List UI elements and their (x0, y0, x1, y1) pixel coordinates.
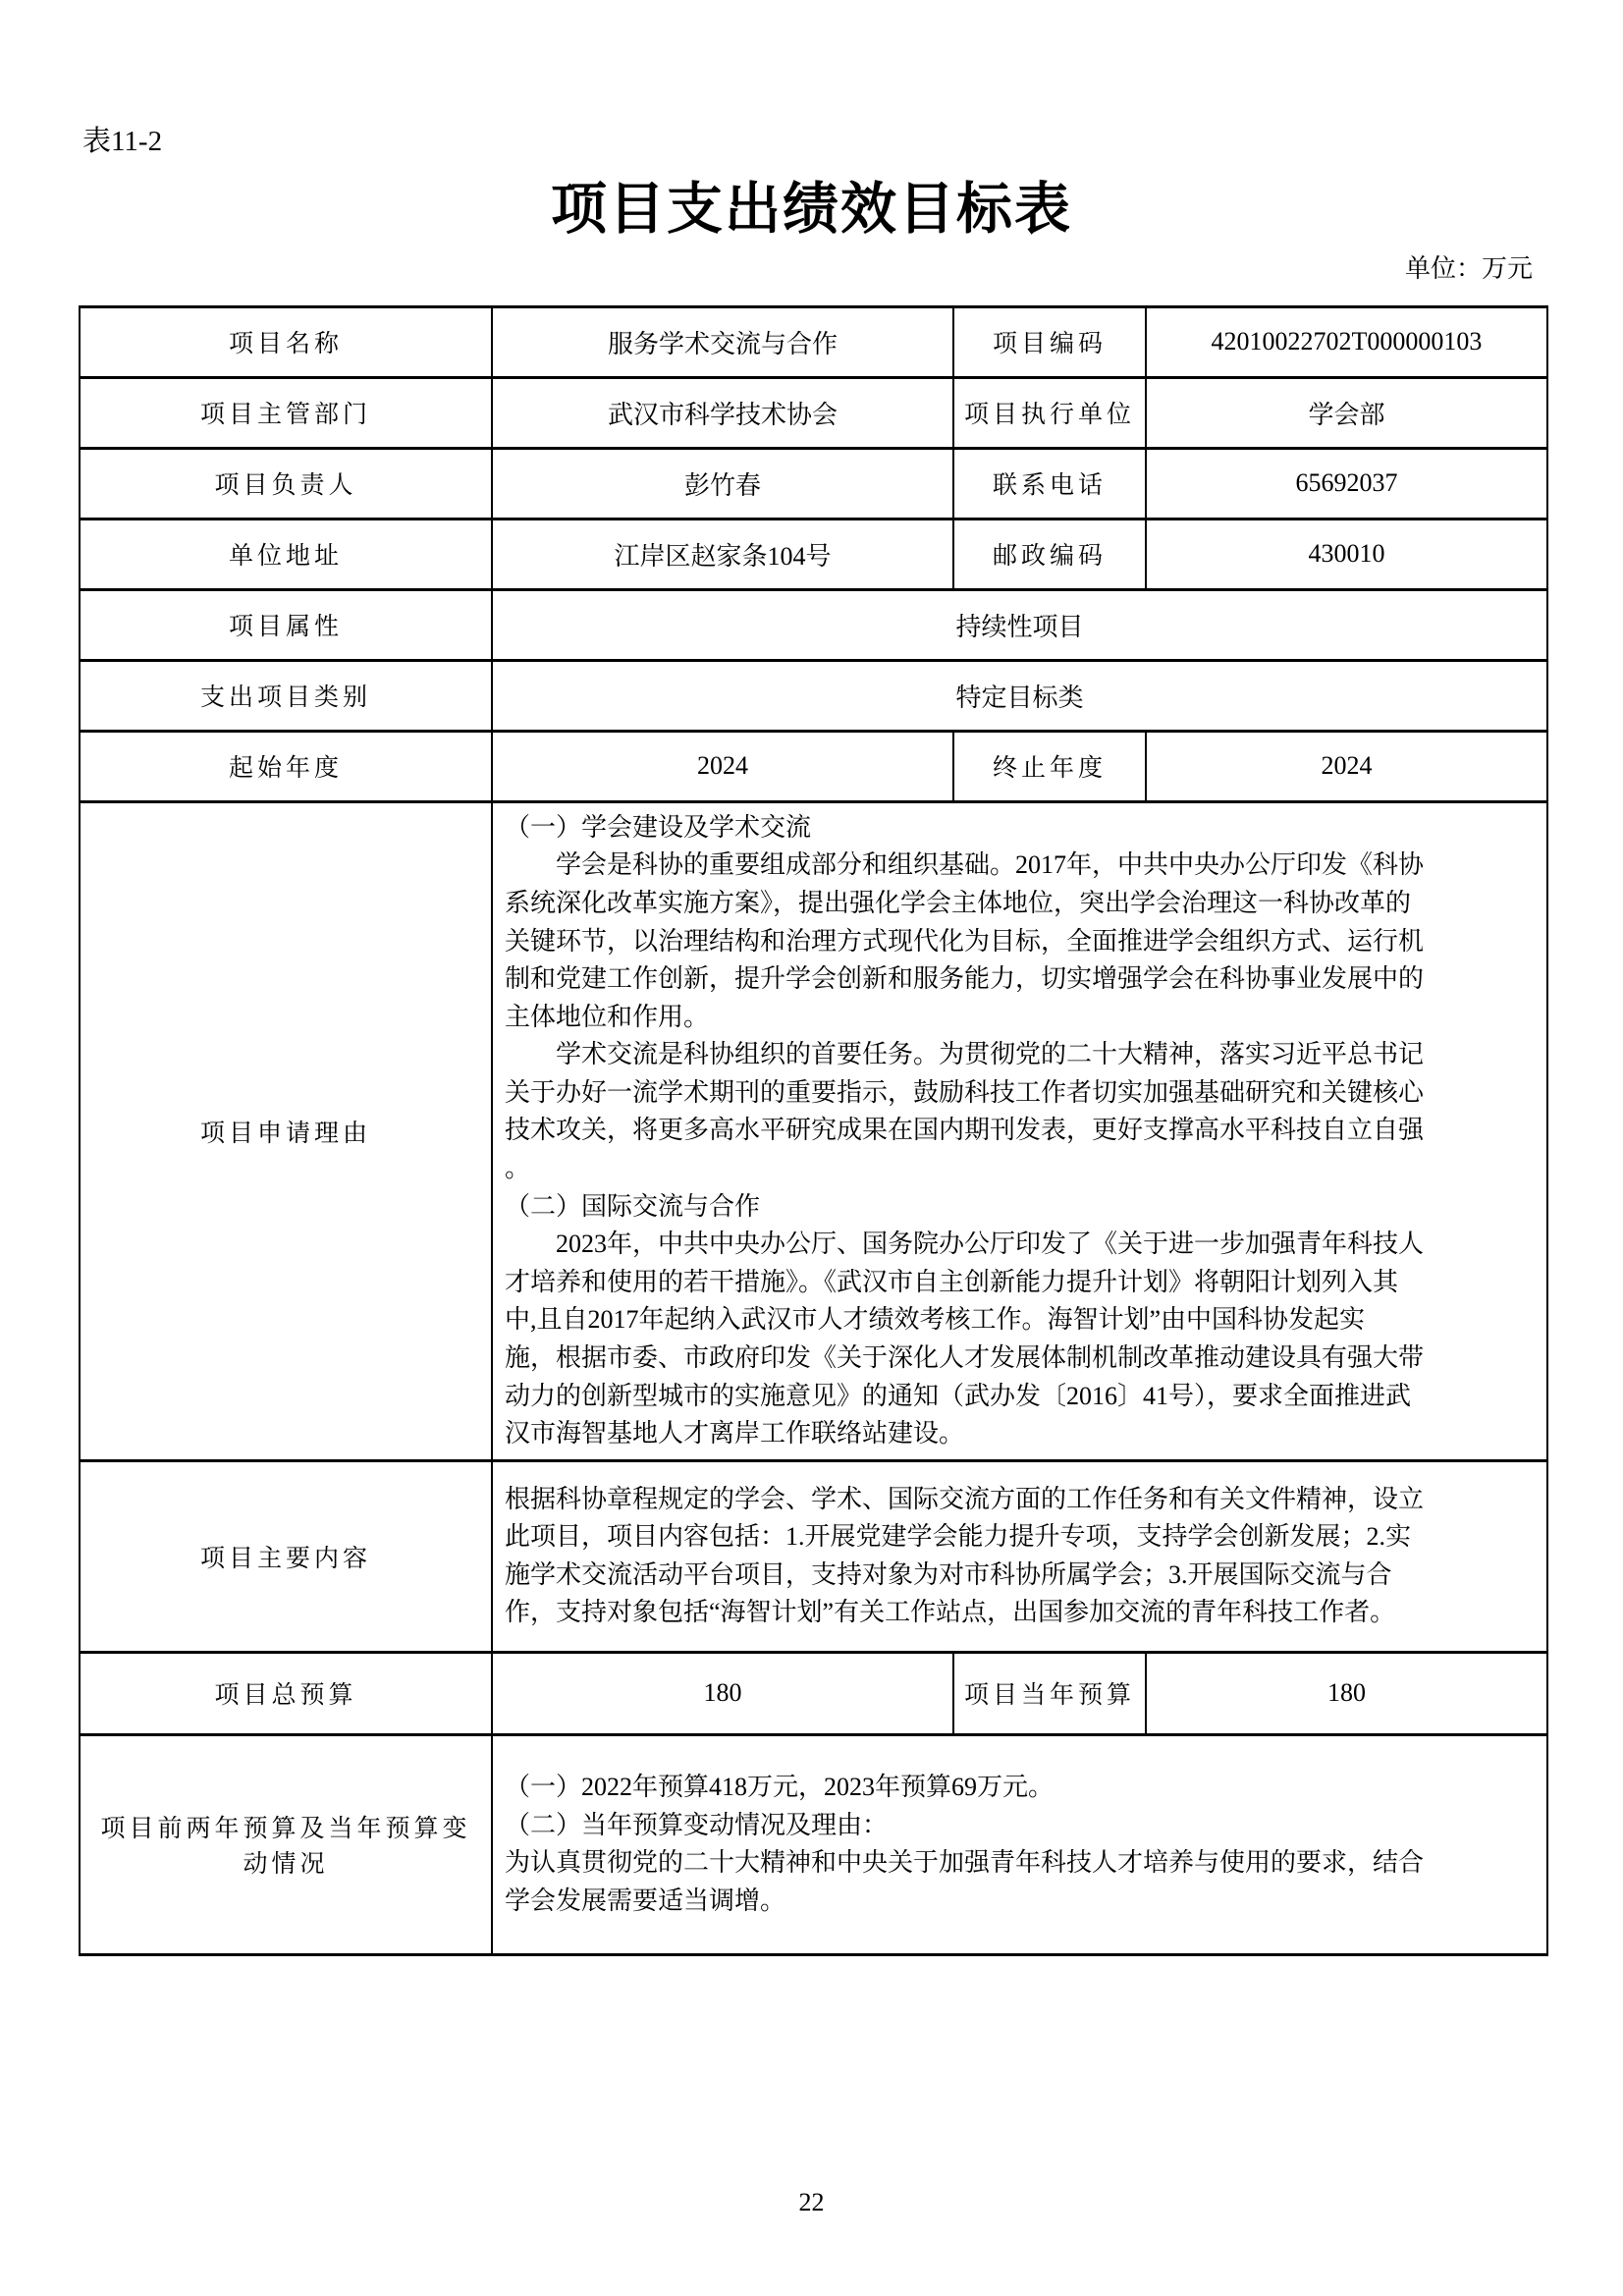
project-name-label: 项目名称 (80, 306, 492, 377)
end-year-label: 终止年度 (953, 731, 1146, 801)
start-year-value: 2024 (492, 731, 953, 801)
prior-budget-text: （一）2022年预算418万元，2023年预算69万元。 （二）当年预算变动情况… (492, 1734, 1547, 1954)
current-year-budget-label: 项目当年预算 (953, 1652, 1146, 1734)
executing-unit-value: 学会部 (1146, 377, 1547, 448)
project-attribute-value: 持续性项目 (492, 589, 1547, 660)
total-budget-label: 项目总预算 (80, 1652, 492, 1734)
total-budget-value: 180 (492, 1652, 953, 1734)
postal-code-value: 430010 (1146, 519, 1547, 589)
unit-address-label: 单位地址 (80, 519, 492, 589)
project-name-value: 服务学术交流与合作 (492, 306, 953, 377)
page-title: 项目支出绩效目标表 (0, 175, 1623, 245)
postal-code-label: 邮政编码 (953, 519, 1146, 589)
main-content-text: 根据科协章程规定的学会、学术、国际交流方面的工作任务和有关文件精神，设立 此项目… (492, 1460, 1547, 1652)
supervisor-dept-value: 武汉市科学技术协会 (492, 377, 953, 448)
project-leader-label: 项目负责人 (80, 448, 492, 519)
table-row: 起始年度 2024 终止年度 2024 (80, 731, 1547, 801)
application-reason-label: 项目申请理由 (80, 801, 492, 1460)
current-year-budget-value: 180 (1146, 1652, 1547, 1734)
expenditure-category-label: 支出项目类别 (80, 660, 492, 731)
table-row: 项目名称 服务学术交流与合作 项目编码 42010022702T00000010… (80, 306, 1547, 377)
table-number-label: 表11-2 (82, 124, 1623, 161)
end-year-value: 2024 (1146, 731, 1547, 801)
table-row: 项目前两年预算及当年预算变动情况 （一）2022年预算418万元，2023年预算… (80, 1734, 1547, 1954)
project-code-value: 42010022702T000000103 (1146, 306, 1547, 377)
unit-note: 单位：万元 (0, 252, 1533, 286)
start-year-label: 起始年度 (80, 731, 492, 801)
table-row: 单位地址 江岸区赵家条104号 邮政编码 430010 (80, 519, 1547, 589)
application-reason-text: （一）学会建设及学术交流 学会是科协的重要组成部分和组织基础。2017年，中共中… (492, 801, 1547, 1460)
page-number: 22 (0, 2188, 1623, 2217)
supervisor-dept-label: 项目主管部门 (80, 377, 492, 448)
table-row: 项目主管部门 武汉市科学技术协会 项目执行单位 学会部 (80, 377, 1547, 448)
contact-phone-value: 65692037 (1146, 448, 1547, 519)
main-content-label: 项目主要内容 (80, 1460, 492, 1652)
project-leader-value: 彭竹春 (492, 448, 953, 519)
contact-phone-label: 联系电话 (953, 448, 1146, 519)
table-row: 项目属性 持续性项目 (80, 589, 1547, 660)
table-row: 项目申请理由 （一）学会建设及学术交流 学会是科协的重要组成部分和组织基础。20… (80, 801, 1547, 1460)
table-row: 项目总预算 180 项目当年预算 180 (80, 1652, 1547, 1734)
project-attribute-label: 项目属性 (80, 589, 492, 660)
document-page: 表11-2 项目支出绩效目标表 单位：万元 项目名称 服务学术交流与合作 项目编… (0, 0, 1623, 2296)
project-code-label: 项目编码 (953, 306, 1146, 377)
unit-address-value: 江岸区赵家条104号 (492, 519, 953, 589)
performance-target-table: 项目名称 服务学术交流与合作 项目编码 42010022702T00000010… (79, 305, 1548, 1956)
table-row: 项目负责人 彭竹春 联系电话 65692037 (80, 448, 1547, 519)
table-row: 项目主要内容 根据科协章程规定的学会、学术、国际交流方面的工作任务和有关文件精神… (80, 1460, 1547, 1652)
prior-budget-label: 项目前两年预算及当年预算变动情况 (80, 1734, 492, 1954)
table-row: 支出项目类别 特定目标类 (80, 660, 1547, 731)
expenditure-category-value: 特定目标类 (492, 660, 1547, 731)
executing-unit-label: 项目执行单位 (953, 377, 1146, 448)
